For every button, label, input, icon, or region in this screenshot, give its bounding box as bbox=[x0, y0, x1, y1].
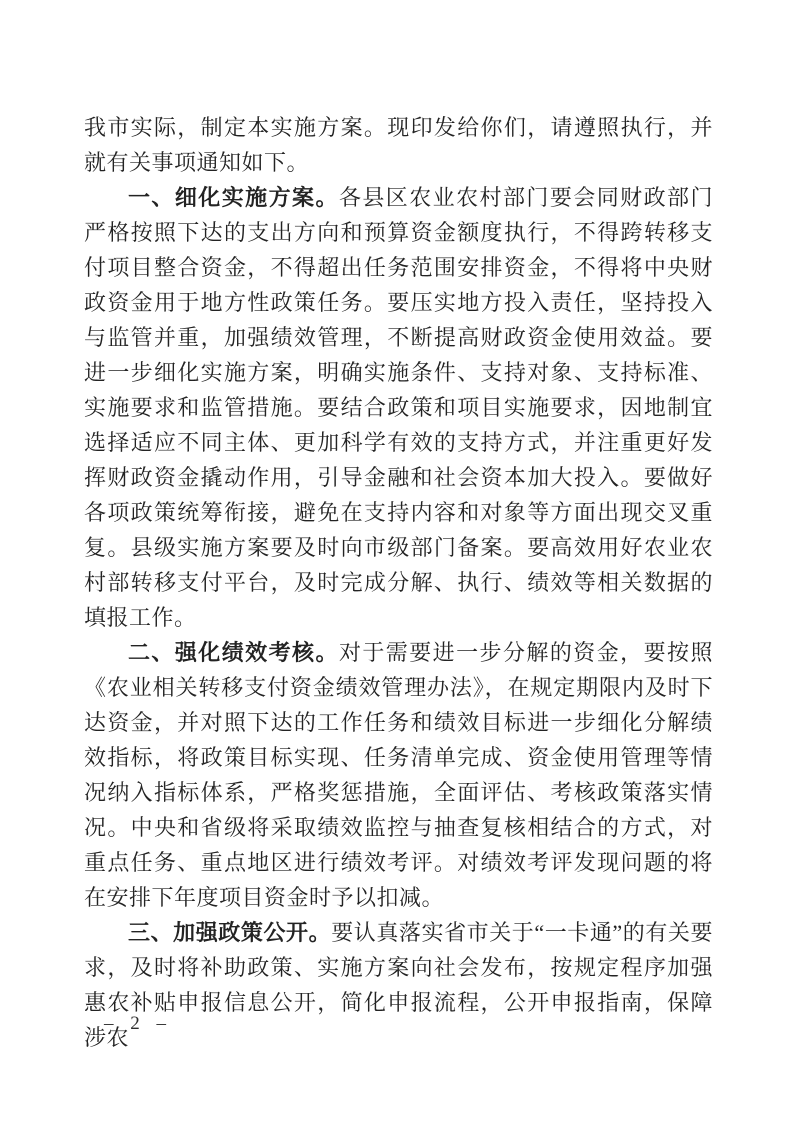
document-page: 我市实际，制定本实施方案。现印发给你们，请遵照执行，并就有关事项通知如下。 一、… bbox=[0, 0, 793, 1122]
document-body: 我市实际，制定本实施方案。现印发给你们，请遵照执行，并就有关事项通知如下。 一、… bbox=[84, 110, 713, 1055]
section-3-paragraph: 三、加强政策公开。要认真落实省市关于“一卡通”的有关要求，及时将补助政策、实施方… bbox=[84, 915, 713, 1055]
intro-paragraph: 我市实际，制定本实施方案。现印发给你们，请遵照执行，并就有关事项通知如下。 bbox=[84, 110, 713, 180]
intro-text: 我市实际，制定本实施方案。现印发给你们，请遵照执行，并就有关事项通知如下。 bbox=[84, 115, 713, 175]
section-1-body: 各县区农业农村部门要会同财政部门严格按照下达的支出方向和预算资金额度执行，不得跨… bbox=[84, 185, 713, 630]
section-2-body: 对于需要进一步分解的资金，要按照《农业相关转移支付资金绩效管理办法》，在规定期限… bbox=[84, 640, 713, 910]
section-1-heading: 一、细化实施方案。 bbox=[128, 185, 339, 210]
page-number: – 2 – bbox=[104, 1013, 172, 1035]
section-1-paragraph: 一、细化实施方案。各县区农业农村部门要会同财政部门严格按照下达的支出方向和预算资… bbox=[84, 180, 713, 635]
section-2-heading: 二、强化绩效考核。 bbox=[128, 640, 339, 665]
section-2-paragraph: 二、强化绩效考核。对于需要进一步分解的资金，要按照《农业相关转移支付资金绩效管理… bbox=[84, 635, 713, 915]
section-3-heading: 三、加强政策公开。 bbox=[128, 920, 331, 945]
